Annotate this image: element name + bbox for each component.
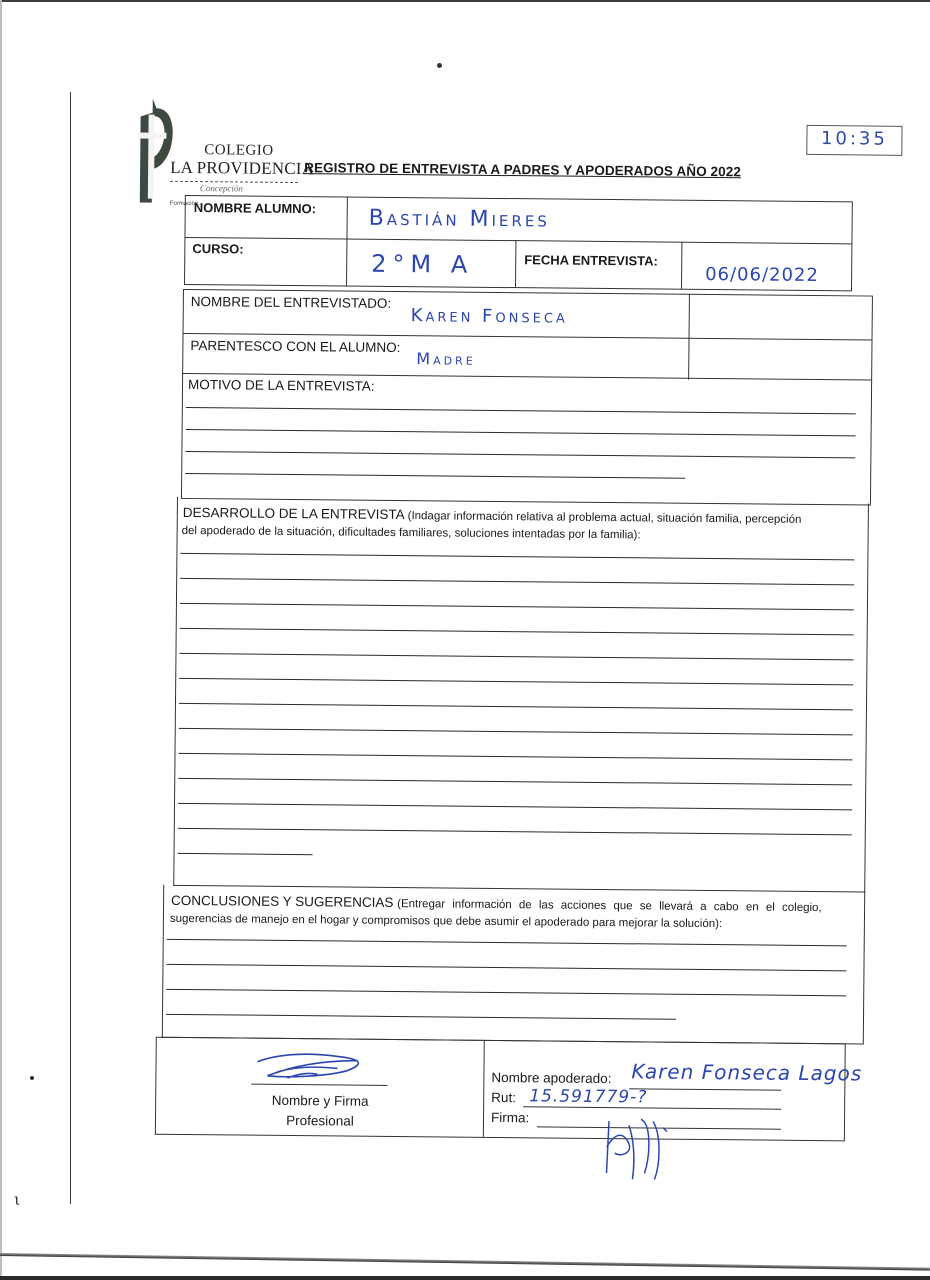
form-page: COLEGIO LA PROVIDENCIA Concepción Formac… [0,0,930,1280]
course-label: CURSO: [192,241,243,256]
school-name: LA PROVIDENCIA [170,158,314,179]
interviewee-name-field[interactable]: Karen Fonseca [411,305,568,328]
guardian-name-label: Nombre apoderado: [491,1070,611,1086]
time-box: 10:35 [806,125,902,156]
student-name-label: NOMBRE ALUMNO: [194,200,316,216]
time-value: 10:35 [807,128,901,150]
student-name-field[interactable]: Bastián Mieres [369,206,550,233]
guardian-name-field[interactable]: Karen Fonseca Lagos [631,1059,862,1085]
document-title: REGISTRO DE ENTREVISTA A PADRES Y APODER… [304,160,741,179]
course-field[interactable]: 2°M A [371,250,473,279]
interview-date-label: FECHA ENTREVISTA: [524,252,658,268]
professional-caption-line1: Nombre y Firma [245,1091,395,1112]
professional-caption-line2: Profesional [245,1111,395,1132]
school-city: Concepción [200,183,243,193]
school-label: COLEGIO [204,142,273,160]
professional-signature-caption: Nombre y Firma Profesional [245,1091,395,1132]
school-cross-logo-icon [130,96,179,204]
development-title-text: DESARROLLO DE LA ENTREVISTA [183,505,404,522]
relationship-label: PARENTESCO CON EL ALUMNO: [190,338,400,355]
guardian-rut-field[interactable]: 15.591779-? [529,1086,647,1107]
interview-date-field[interactable]: 06/06/2022 [705,264,819,286]
guardian-signature-label: Firma: [491,1110,529,1125]
conclusions-title-text: CONCLUSIONES Y SUGERENCIAS [171,893,393,910]
relationship-field[interactable]: Madre [416,349,476,369]
reason-title: MOTIVO DE LA ENTREVISTA: [188,377,375,394]
guardian-rut-label: Rut: [491,1090,516,1105]
guardian-signature-icon[interactable] [600,1113,711,1184]
professional-signature-icon[interactable] [247,1048,377,1089]
interviewee-name-label: NOMBRE DEL ENTREVISTADO: [191,294,391,311]
